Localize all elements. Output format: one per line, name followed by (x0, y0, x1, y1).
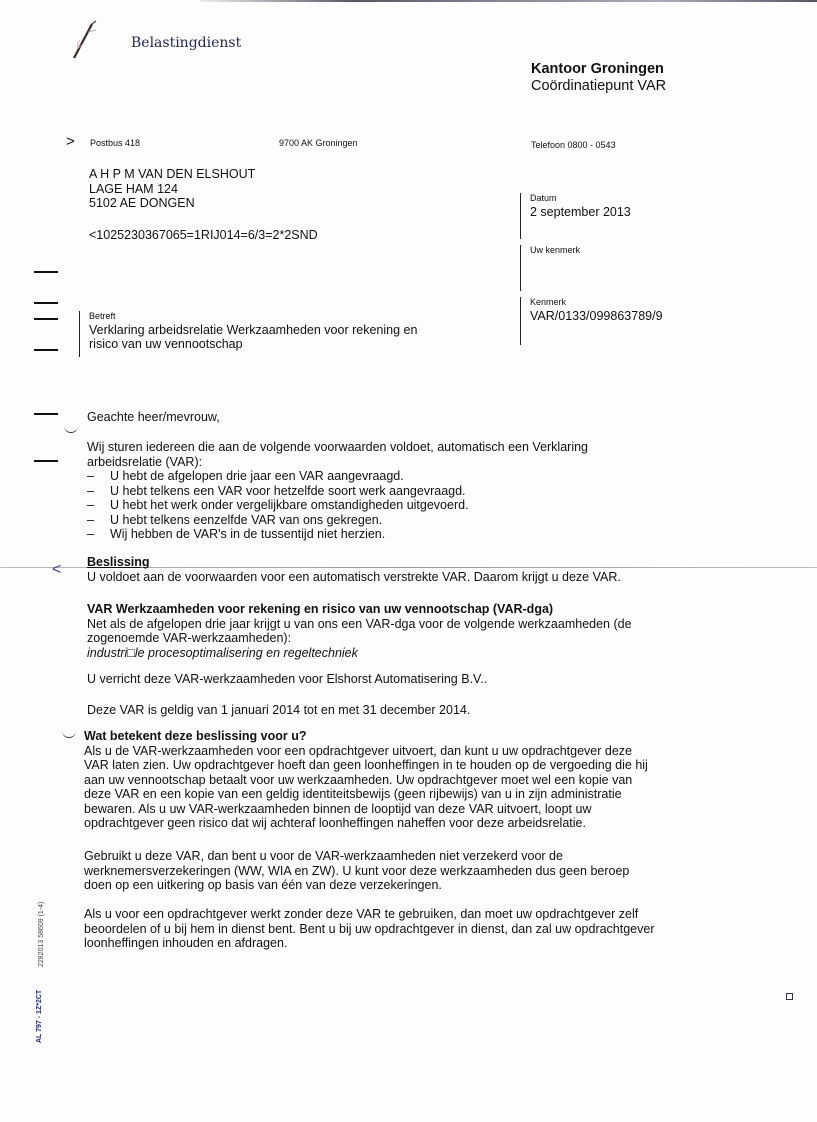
subject-value: Verklaring arbeidsrelatie Werkzaamheden … (89, 323, 429, 351)
return-arrow-icon: > (66, 133, 75, 150)
condition-item: U hebt de afgelopen drie jaar een VAR aa… (87, 469, 647, 484)
var-section: VAR Werkzaamheden voor rekening en risic… (87, 602, 647, 660)
condition-item: Wij hebben de VAR's in de tussentijd nie… (87, 527, 647, 542)
meaning-paragraph-3: Als u voor een opdrachtgever werkt zonde… (84, 907, 659, 951)
reference-value: VAR/0133/099863789/9 (530, 309, 663, 323)
meaning-paragraph-2: Gebruikt u deze VAR, dan bent u voor de … (84, 849, 659, 893)
pen-arrow-icon: < (52, 561, 61, 579)
office-block: Kantoor Groningen Coördinatiepunt VAR (531, 61, 666, 95)
kix-code: <1025230367065=1RIJ014=6/3=2*2SND (89, 228, 318, 242)
scan-top-edge (200, 0, 817, 2)
phone-number: Telefoon 0800 - 0543 (531, 140, 616, 150)
var-activity: industri□le procesoptimalisering en rege… (87, 646, 647, 661)
return-postcode-city: 9700 AK Groningen (279, 138, 358, 148)
decision-section: Beslissing U voldoet aan de voorwaarden … (87, 555, 647, 584)
pen-mark-curve (64, 424, 78, 433)
margin-tick (34, 413, 58, 415)
salutation: Geachte heer/mevrouw, (87, 410, 647, 425)
var-heading: VAR Werkzaamheden voor rekening en risic… (87, 602, 647, 617)
your-reference-block: Uw kenmerk (520, 245, 580, 291)
print-code: AL 797 - 1Z*2CT (36, 990, 43, 1043)
margin-tick (34, 302, 58, 304)
decision-text: U voldoet aan de voorwaarden voor een au… (87, 570, 647, 585)
intro-text: Wij sturen iedereen die aan de volgende … (87, 440, 647, 469)
date-block: Datum 2 september 2013 (520, 193, 631, 239)
condition-item: U hebt telkens een VAR voor hetzelfde so… (87, 484, 647, 499)
return-postbus: Postbus 418 (90, 138, 140, 148)
recipient-postcode-city: 5102 AE DONGEN (89, 196, 255, 211)
subject-label: Betreft (89, 311, 429, 321)
recipient-street: LAGE HAM 124 (89, 182, 255, 197)
var-text: Net als de afgelopen drie jaar krijgt u … (87, 617, 647, 646)
office-unit: Coördinatiepunt VAR (531, 78, 666, 95)
margin-tick (34, 271, 58, 273)
recipient-address: A H P M VAN DEN ELSHOUT LAGE HAM 124 510… (89, 167, 255, 211)
quill-pen-logo-icon (68, 18, 104, 62)
margin-tick (34, 460, 58, 462)
conditions-list: U hebt de afgelopen drie jaar een VAR aa… (87, 469, 647, 542)
reference-block: Kenmerk VAR/0133/099863789/9 (520, 297, 663, 345)
your-reference-label: Uw kenmerk (530, 245, 580, 255)
meaning-heading: Wat betekent deze beslissing voor u? (84, 729, 659, 744)
intro-section: Wij sturen iedereen die aan de volgende … (87, 440, 647, 542)
subject-block: Betreft Verklaring arbeidsrelatie Werkza… (79, 311, 429, 357)
condition-item: U hebt het werk onder vergelijkbare omst… (87, 498, 647, 513)
scan-mark-icon (786, 993, 793, 1000)
margin-tick (34, 318, 58, 320)
form-code: 2282013 58609 (1-4) (38, 902, 45, 967)
pen-mark-curve (62, 729, 76, 738)
validity-text: Deze VAR is geldig van 1 januari 2014 to… (87, 703, 647, 718)
decision-heading: Beslissing (87, 555, 647, 570)
brand-name: Belastingdienst (131, 35, 241, 51)
recipient-name: A H P M VAN DEN ELSHOUT (89, 167, 255, 182)
client-text: U verricht deze VAR-werkzaamheden voor E… (87, 672, 647, 687)
margin-tick (34, 349, 58, 351)
reference-label: Kenmerk (530, 297, 663, 307)
condition-item: U hebt telkens eenzelfde VAR van ons gek… (87, 513, 647, 528)
meaning-paragraph-1: Als u de VAR-werkzaamheden voor een opdr… (84, 744, 659, 831)
meaning-section: Wat betekent deze beslissing voor u? Als… (84, 729, 659, 831)
office-name: Kantoor Groningen (531, 61, 666, 78)
date-value: 2 september 2013 (530, 205, 631, 219)
date-label: Datum (530, 193, 631, 203)
